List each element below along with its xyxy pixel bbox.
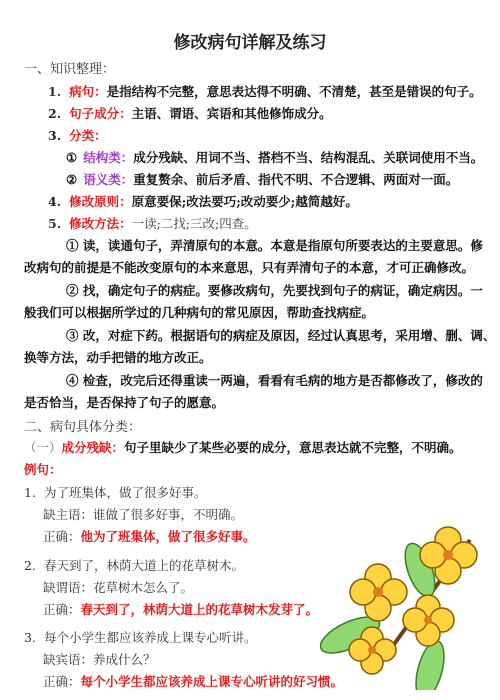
example-3-correct: 正确：每个小学生都应该养成上课专心听讲的好习惯。 — [43, 672, 343, 690]
example-2-sentence: 2.春天到了，林荫大道上的花草树木。 — [24, 556, 244, 574]
example-1-sentence: 1.为了班集体，做了很多好事。 — [24, 483, 206, 501]
method-find-line2: 般我们可以根据所学过的几种病句的常见原因，帮助查找病症。 — [24, 303, 374, 321]
item-3: 3.分类： — [48, 126, 107, 144]
method-find-line1: ② 找，确定句子的病症。要修改病句，先要找到句子的病证，确定病因。一 — [66, 281, 483, 299]
subsection-missing-component: （一）成分残缺：句子里缺少了某些必要的成分，意思表达就不完整，不明确。 — [24, 438, 462, 456]
category-semantic: ②语义类：重复赘余、前后矛盾、指代不明、不合逻辑、两面对一面。 — [66, 170, 458, 188]
example-3-sentence: 3.每个小学生都应该养成上课专心听讲。 — [24, 628, 256, 646]
method-fix-line2: 换等方法，动手把错的地方改正。 — [24, 348, 212, 366]
example-label: 例句： — [24, 460, 62, 478]
section2-heading: 二、病句具体分类： — [24, 416, 141, 435]
example-1-correct: 正确：他为了班集体，做了很多好事。 — [43, 527, 256, 545]
osmanthus-flower-icon — [320, 520, 490, 690]
section1-heading: 一、知识整理： — [24, 58, 115, 77]
item-2: 2.句子成分：主语、谓语、宾语和其他修饰成分。 — [48, 104, 332, 122]
page-title: 修改病句详解及练习 — [0, 28, 500, 53]
example-2-analysis: 缺谓语：花草树木怎么了。 — [43, 578, 193, 596]
method-read-line2: 改病句的前提是不能改变原句的本来意思，只有弄清句子的本意，才可正确修改。 — [24, 258, 474, 276]
category-structure: ①结构类：成分残缺、用词不当、搭档不当、结构混乱、关联词使用不当。 — [66, 148, 483, 166]
method-read-line1: ① 读，读通句子，弄清原句的本意。本意是指原句所要表达的主要意思。修 — [66, 236, 483, 254]
method-check-line1: ④ 检查，改完后还得重读一两遍，看看有毛病的地方是否都修改了，修改的 — [66, 371, 483, 389]
example-2-correct: 正确：春天到了，林荫大道上的花草树木发芽了。 — [43, 600, 318, 618]
method-check-line2: 是否恰当，是否保持了句子的愿意。 — [24, 393, 224, 411]
method-fix-line1: ③ 改，对症下药。根据语句的病症及原因，经过认真思考，采用增、删、调、 — [66, 326, 495, 344]
example-1-analysis: 缺主语：谁做了很多好事，不明确。 — [43, 505, 243, 523]
example-3-analysis: 缺宾语：养成什么？ — [43, 650, 156, 668]
item-1: 1.病句：是指结构不完整，意思表达得不明确、不清楚，甚至是错误的句子。 — [48, 82, 482, 100]
item-4: 4.修改原则：原意要保;改法要巧;改动要少;越简越好。 — [48, 192, 358, 210]
item-5: 5.修改方法：一读;二找;三改;四查。 — [48, 214, 257, 232]
